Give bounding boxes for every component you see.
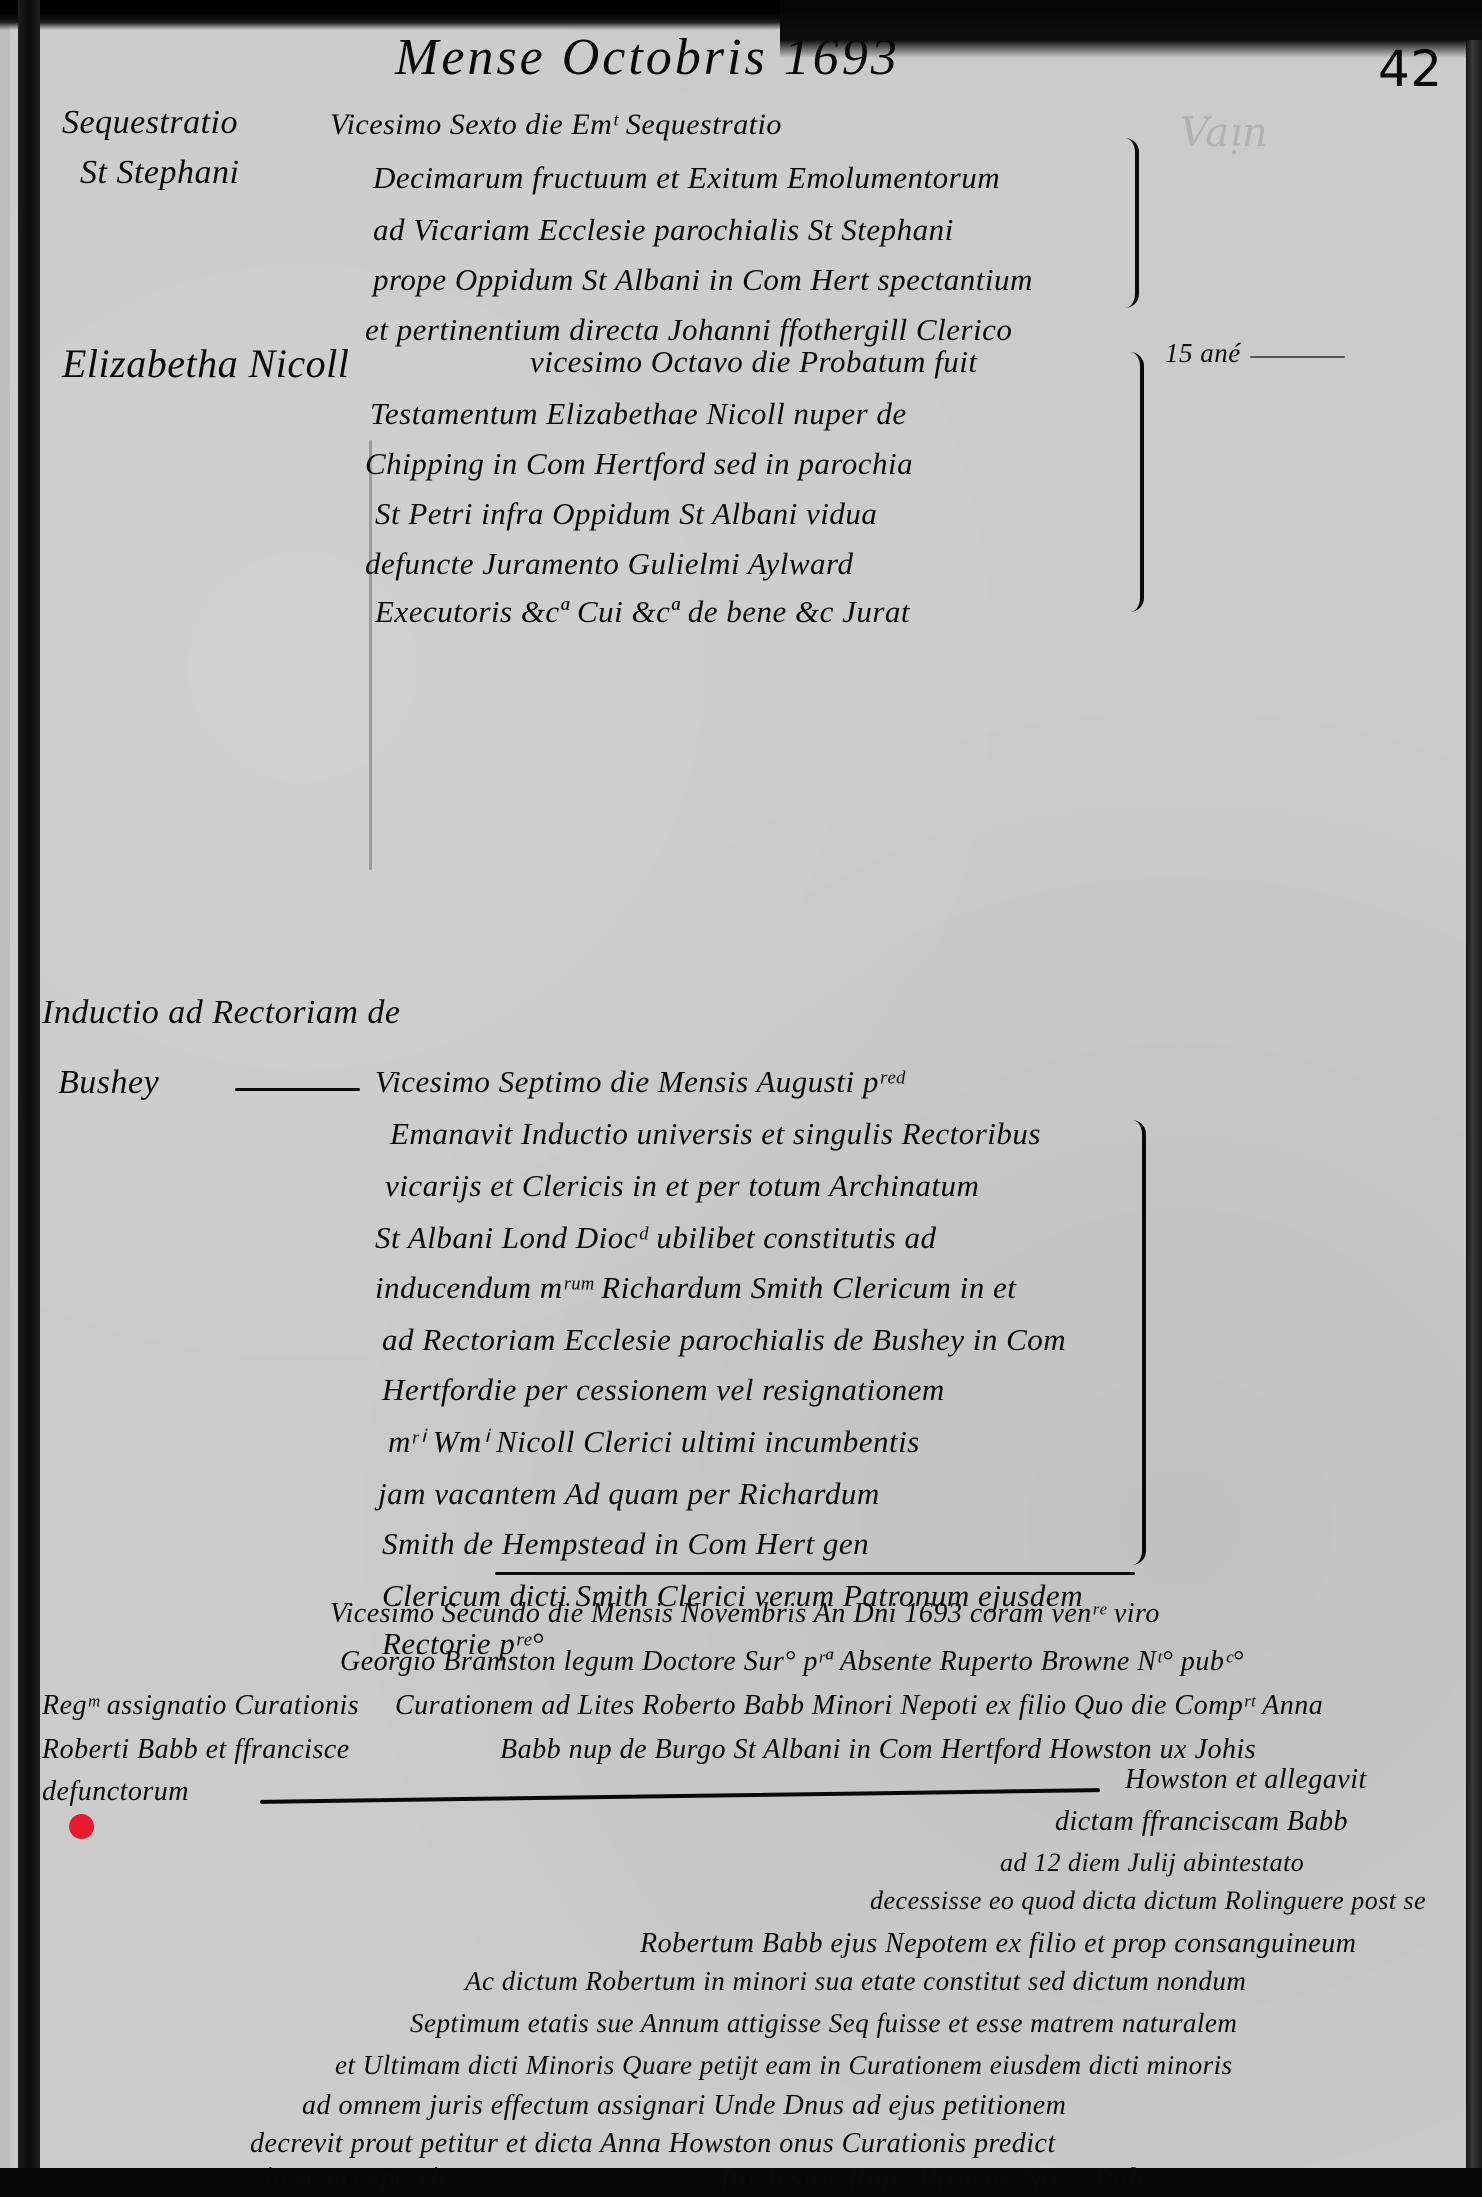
entry-line: ad Rectoriam Ecclesie parochialis de Bus… bbox=[382, 1322, 1066, 1358]
margin-heading: Regᵐ assignatio Curationis bbox=[42, 1690, 359, 1722]
entry-line: prope Oppidum St Albani in Com Hert spec… bbox=[373, 262, 1033, 298]
margin-heading: Roberti Babb et ffrancisce bbox=[42, 1734, 350, 1766]
entry-bracket bbox=[1128, 352, 1144, 612]
pencil-margin-line bbox=[369, 440, 372, 870]
binding-strip bbox=[18, 0, 40, 2197]
entry-line: St Albani Lond Diocᵈ ubilibet constituti… bbox=[375, 1220, 937, 1256]
entry-line: vicesimo Octavo die Probatum fuit bbox=[530, 344, 978, 380]
margin-heading: Elizabetha Nicoll bbox=[62, 340, 349, 387]
page-number: 42 bbox=[1378, 40, 1443, 98]
entry-line: ad 12 diem Julij abintestato bbox=[1000, 1848, 1304, 1878]
entry-line: St Petri infra Oppidum St Albani vidua bbox=[375, 496, 877, 532]
margin-heading: Sequestratio bbox=[62, 104, 238, 142]
entry-line: in se acceptavit bbox=[265, 2162, 447, 2194]
entry-line: Executoris &cª Cui &cª de bene &c Jurat bbox=[375, 594, 910, 630]
attestation-signature: Ita Testor Rupʳᵗ Browne Noᵗʳᵘˢ Pubᶜˢ bbox=[720, 2162, 1159, 2196]
margin-heading: Bushey bbox=[58, 1064, 159, 1102]
entry-line: Curationem ad Lites Roberto Babb Minori … bbox=[395, 1690, 1323, 1722]
red-marker-dot[interactable] bbox=[69, 1814, 94, 1839]
entry-line: Vicesimo Septimo die Mensis Augusti pʳᵉᵈ bbox=[375, 1064, 905, 1100]
entry-line: et Ultimam dicti Minoris Quare petijt ea… bbox=[335, 2050, 1233, 2081]
entry-bracket bbox=[1130, 1120, 1146, 1565]
margin-heading: Inductio ad Rectoriam de bbox=[42, 994, 401, 1032]
entry-line: mʳⁱ Wmⁱ Nicoll Clerici ultimi incumbenti… bbox=[388, 1424, 920, 1460]
entry-line: dictam ffranciscam Babb bbox=[1055, 1806, 1348, 1838]
side-note: 15 ané bbox=[1165, 338, 1241, 369]
entry-line: Smith de Hempstead in Com Hert gen bbox=[382, 1526, 869, 1562]
page-heading: Mense Octobris 1693 bbox=[395, 28, 900, 87]
entry-line: jam vacantem Ad quam per Richardum bbox=[378, 1476, 880, 1512]
entry-line: Testamentum Elizabethae Nicoll nuper de bbox=[370, 396, 907, 432]
entry-line: decrevit prout petitur et dicta Anna How… bbox=[250, 2128, 1056, 2160]
entry-line: defuncte Juramento Gulielmi Aylward bbox=[365, 546, 853, 582]
margin-heading: defunctorum bbox=[42, 1776, 189, 1808]
entry-line: inducendum mʳᵘᵐ Richardum Smith Clericum… bbox=[375, 1270, 1016, 1306]
page-right-edge bbox=[1466, 40, 1482, 2180]
entry-line: Decimarum fructuum et Exitum Emolumentor… bbox=[373, 160, 1000, 196]
entry-bracket bbox=[1123, 138, 1139, 308]
entry-line: Georgio Bramston legum Doctore Sur° pʳª … bbox=[340, 1646, 1244, 1678]
bleed-through-text: Vaᴉn bbox=[1180, 110, 1268, 156]
entry-line: vicarijs et Clericis in et per totum Arc… bbox=[385, 1168, 979, 1204]
entry-line: Chipping in Com Hertford sed in parochia bbox=[365, 446, 913, 482]
heading-connector-rule bbox=[235, 1088, 360, 1091]
entry-line: et pertinentium directa Johanni ffotherg… bbox=[365, 312, 1012, 348]
entry-line: Howston et allegavit bbox=[1125, 1764, 1367, 1796]
entry-line: Emanavit Inductio universis et singulis … bbox=[390, 1116, 1041, 1152]
entry-line: decessisse eo quod dicta dictum Rolingue… bbox=[870, 1886, 1426, 1916]
entry-line: ad omnem juris effectum assignari Unde D… bbox=[302, 2090, 1066, 2122]
entry-line: Hertfordie per cessionem vel resignation… bbox=[382, 1372, 945, 1408]
entry-line: Septimum etatis sue Annum attigisse Seq … bbox=[410, 2008, 1237, 2039]
entry-line: Ac dictum Robertum in minori sua etate c… bbox=[465, 1966, 1246, 1997]
side-note-rule bbox=[1250, 356, 1345, 358]
margin-heading: St Stephani bbox=[80, 154, 239, 192]
entry-line: Vicesimo Sexto die Emᵗ Sequestratio bbox=[330, 108, 782, 142]
entry-line: Babb nup de Burgo St Albani in Com Hertf… bbox=[500, 1734, 1256, 1766]
entry-line: Robertum Babb ejus Nepotem ex filio et p… bbox=[640, 1928, 1356, 1960]
entry-line: Vicesimo Secundo die Mensis Novembris An… bbox=[330, 1598, 1160, 1630]
entry-close-rule bbox=[495, 1572, 1135, 1575]
entry-line: ad Vicariam Ecclesie parochialis St Step… bbox=[373, 212, 954, 248]
